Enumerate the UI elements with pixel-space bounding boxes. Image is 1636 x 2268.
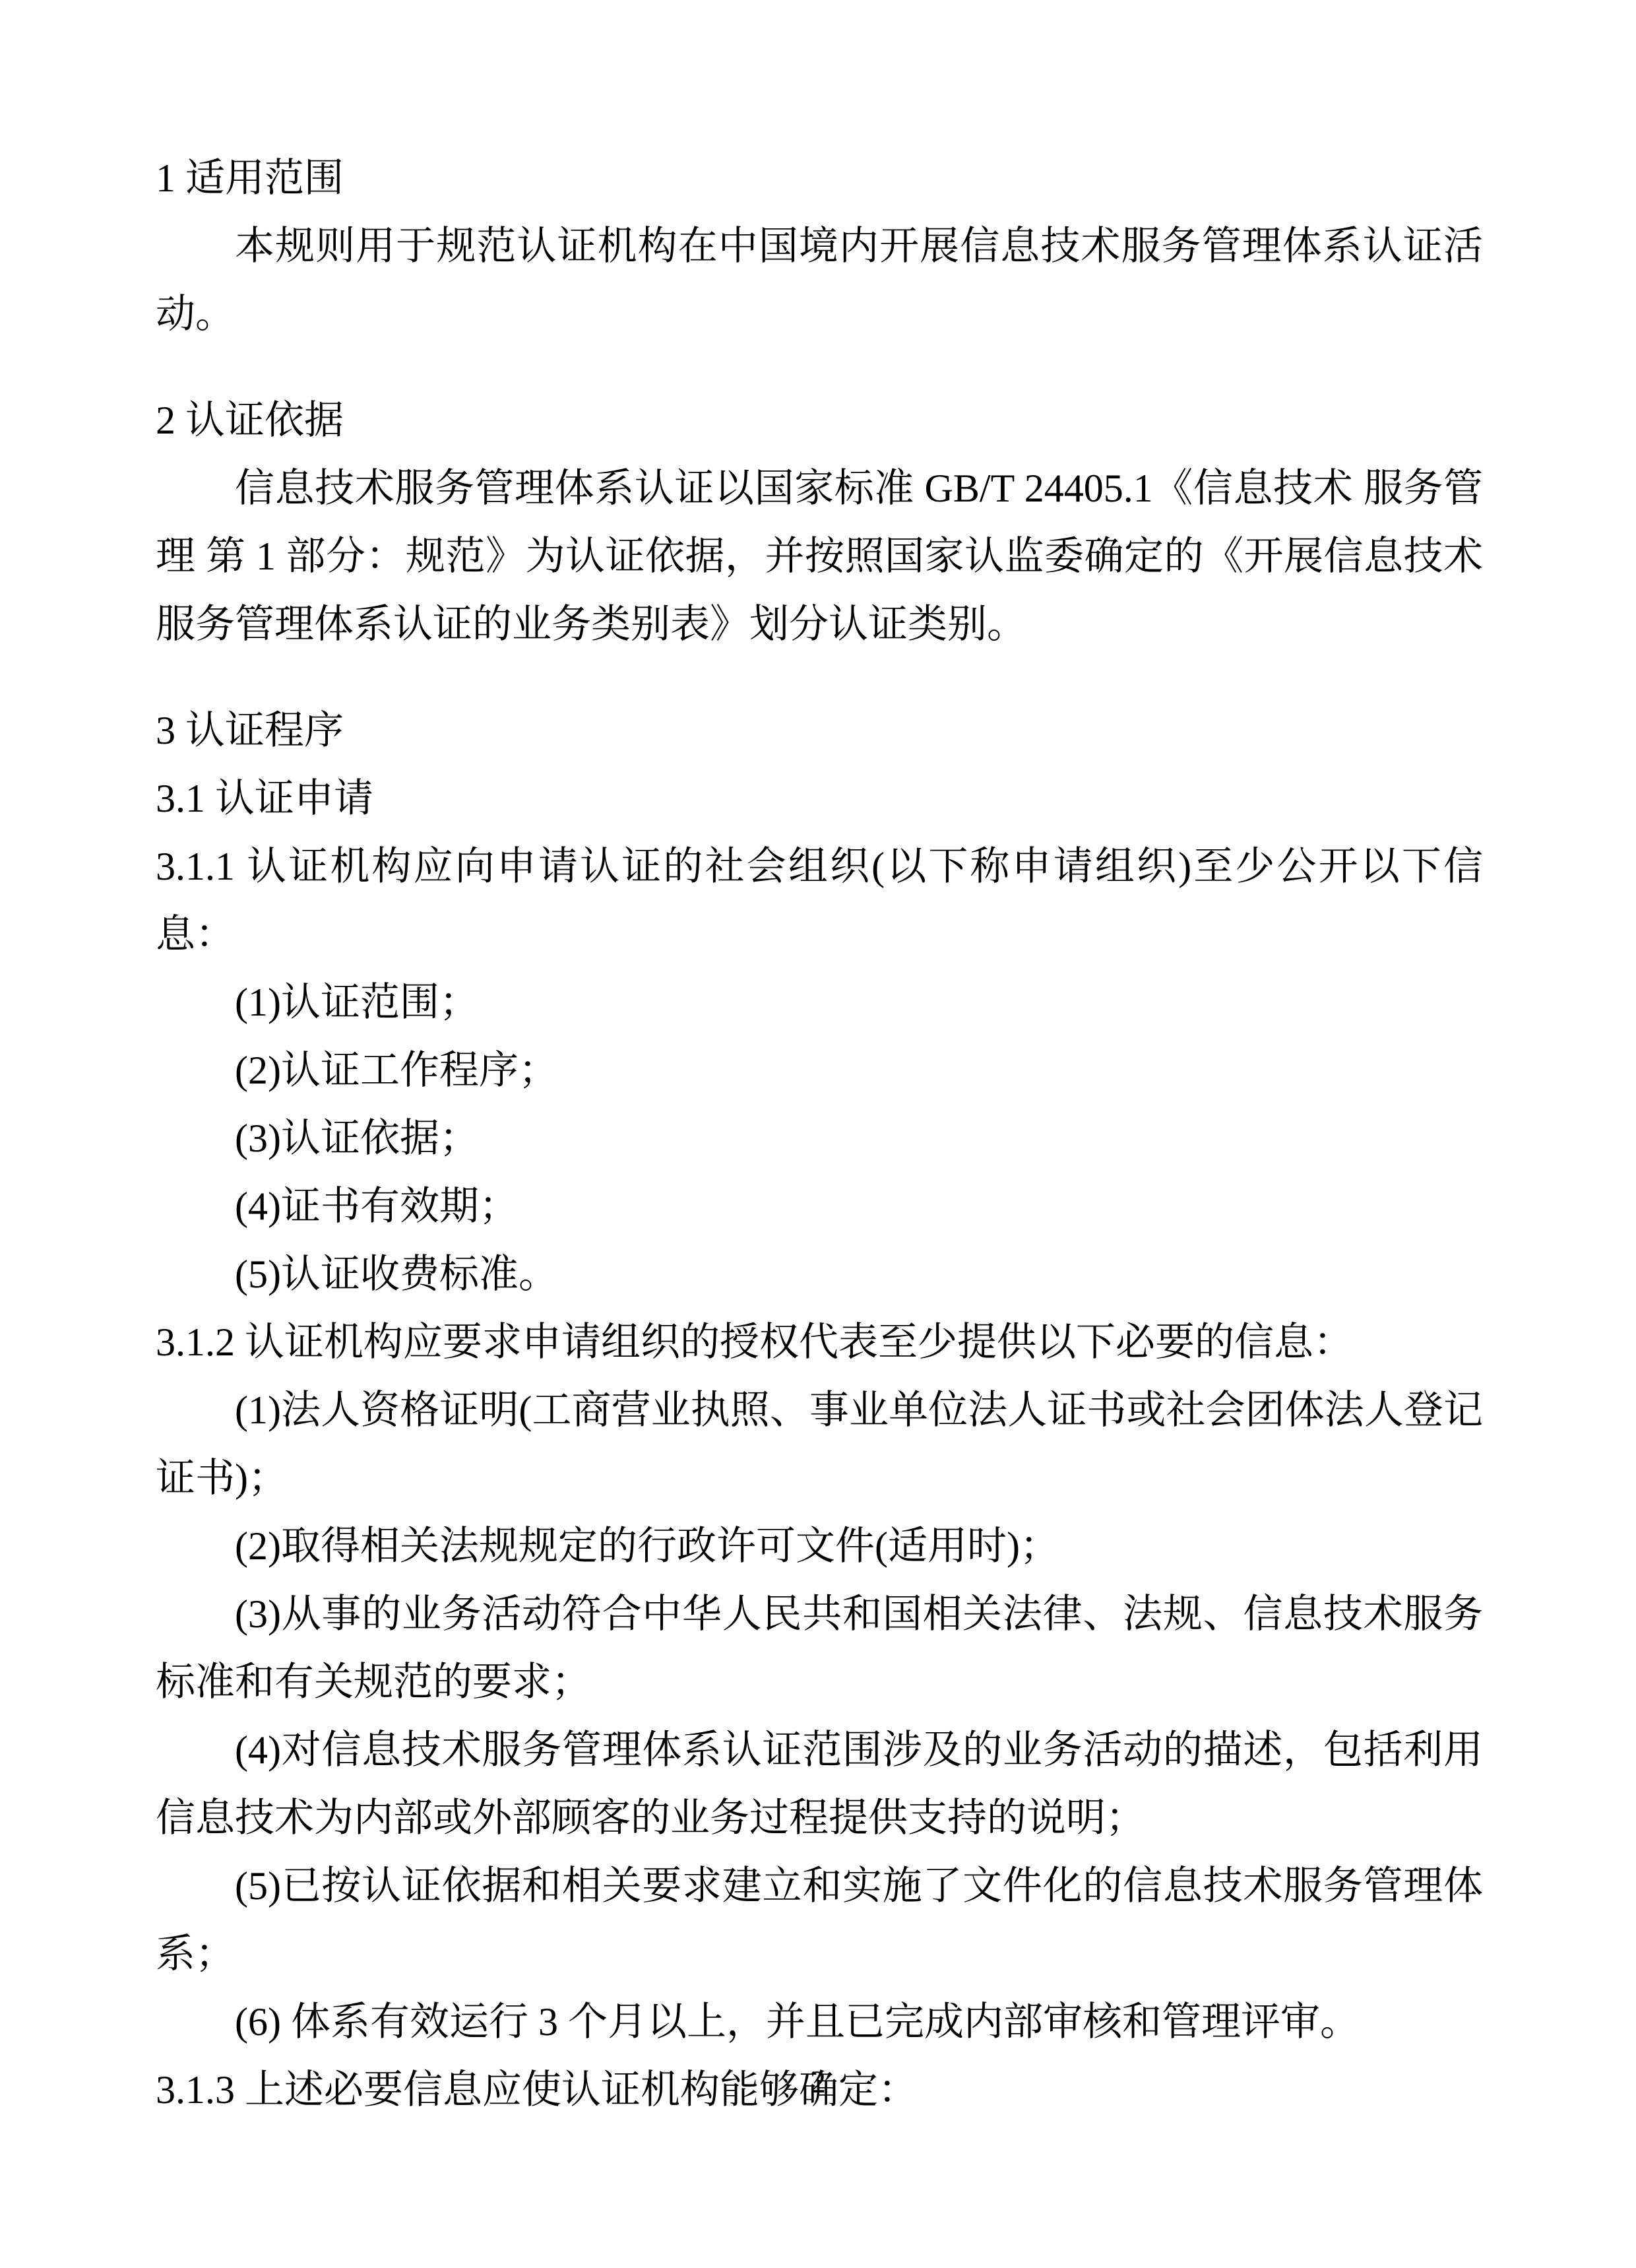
paragraph: (6) 体系有效运行 3 个月以上，并且已完成内部审核和管理评审。 xyxy=(156,1988,1483,2056)
paragraph: (3)认证依据； xyxy=(156,1105,1483,1173)
section-heading: 3.1.1 认证机构应向申请认证的社会组织(以下称申请组织)至少公开以下信息： xyxy=(156,833,1483,969)
paragraph: (5)认证收费标准。 xyxy=(156,1241,1483,1309)
paragraph: (1)认证范围； xyxy=(156,969,1483,1037)
document-body: 1 适用范围本规则用于规范认证机构在中国境内开展信息技术服务管理体系认证活动。2… xyxy=(156,145,1483,2124)
paragraph: (5)已按认证依据和相关要求建立和实施了文件化的信息技术服务管理体系； xyxy=(156,1852,1483,1988)
section-heading: 1 适用范围 xyxy=(156,145,1483,212)
document-page: 1 适用范围本规则用于规范认证机构在中国境内开展信息技术服务管理体系认证活动。2… xyxy=(0,0,1636,2268)
paragraph: (2)取得相关法规规定的行政许可文件(适用时)； xyxy=(156,1512,1483,1580)
paragraph: 信息技术服务管理体系认证以国家标准 GB/T 24405.1《信息技术 服务管理… xyxy=(156,455,1483,659)
section-heading: 3.1 认证申请 xyxy=(156,765,1483,833)
paragraph: 本规则用于规范认证机构在中国境内开展信息技术服务管理体系认证活动。 xyxy=(156,212,1483,348)
section-heading: 2 认证依据 xyxy=(156,387,1483,455)
paragraph: (3)从事的业务活动符合中华人民共和国相关法律、法规、信息技术服务标准和有关规范… xyxy=(156,1580,1483,1716)
section-heading: 3.1.2 认证机构应要求申请组织的授权代表至少提供以下必要的信息： xyxy=(156,1309,1483,1377)
paragraph: (4)证书有效期； xyxy=(156,1173,1483,1241)
paragraph: (4)对信息技术服务管理体系认证范围涉及的业务活动的描述，包括利用信息技术为内部… xyxy=(156,1716,1483,1852)
paragraph: (2)认证工作程序； xyxy=(156,1037,1483,1105)
section-heading: 3 认证程序 xyxy=(156,697,1483,765)
page-number: 2 xyxy=(0,2063,1636,2102)
paragraph: (1)法人资格证明(工商营业执照、事业单位法人证书或社会团体法人登记证书)； xyxy=(156,1377,1483,1512)
